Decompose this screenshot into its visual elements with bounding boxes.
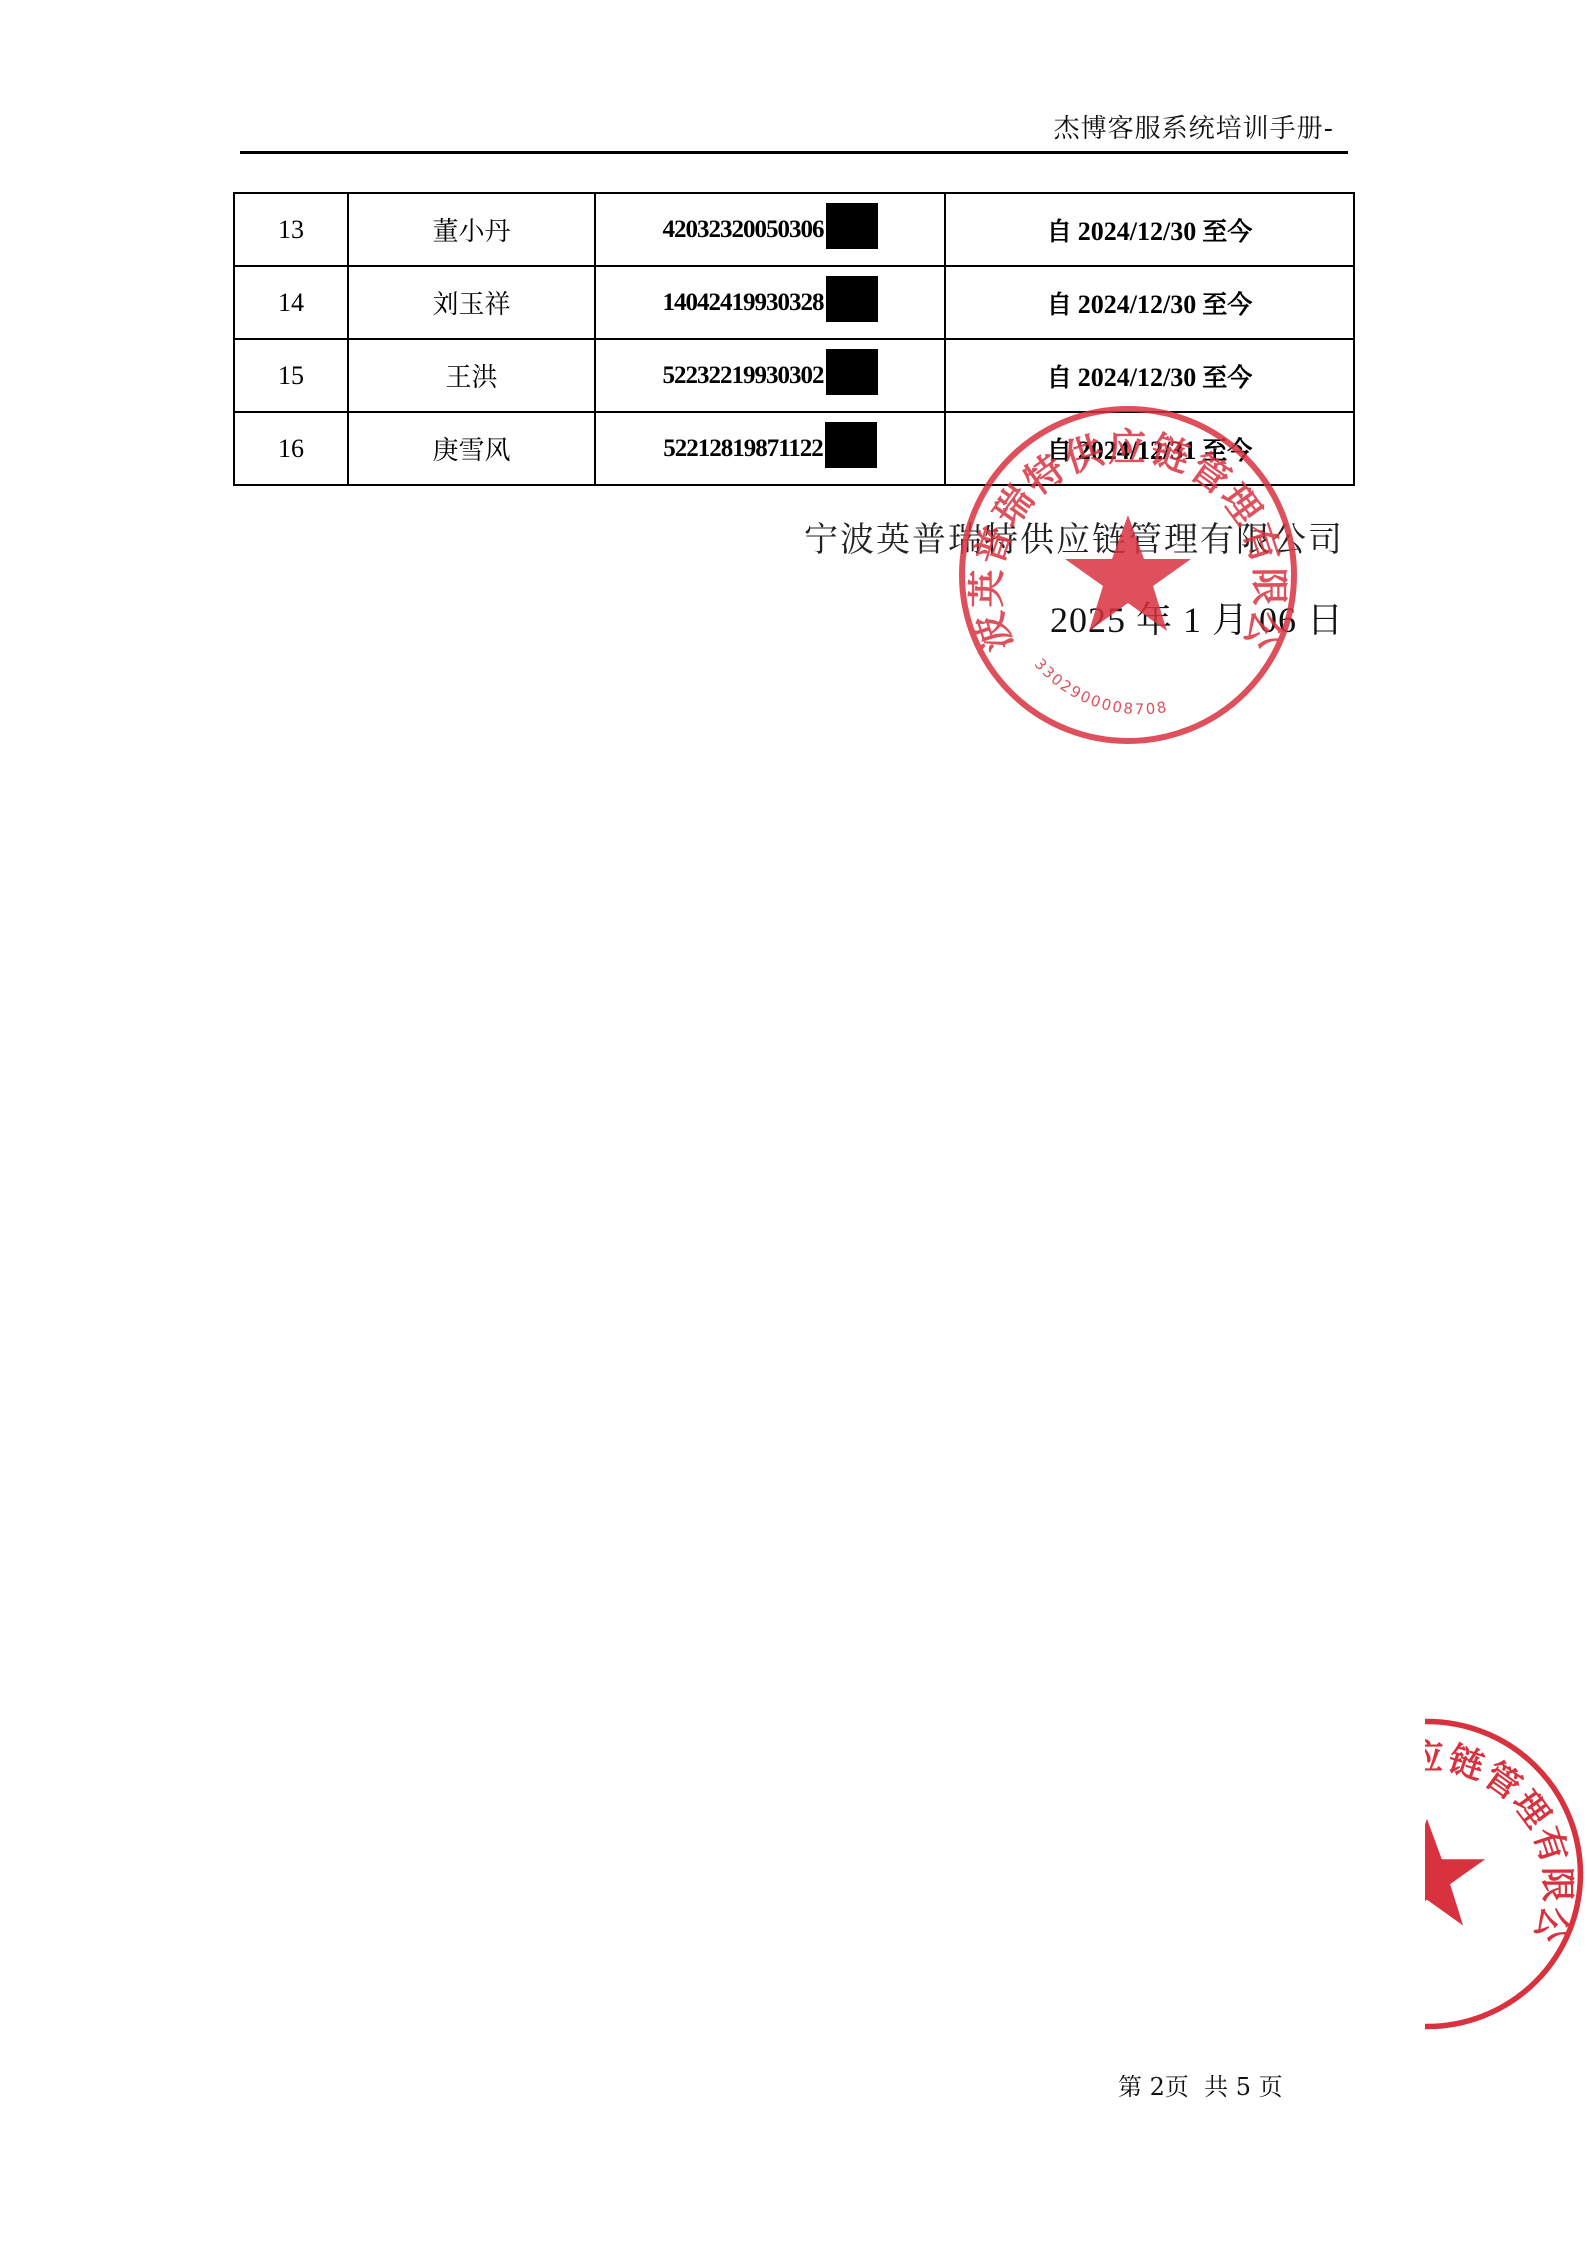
date-prefix: 自 — [1047, 217, 1072, 246]
id-number: 14042419930328 — [595, 266, 945, 339]
redaction-block — [826, 276, 878, 322]
document-header-title: 杰博客服系统培训手册- — [1054, 108, 1334, 145]
redaction-block — [826, 349, 878, 395]
employment-period: 自2024/12/30至今 — [945, 339, 1354, 412]
row-number: 16 — [234, 412, 348, 485]
date-suffix: 至今 — [1202, 217, 1252, 246]
employee-name: 庚雪风 — [348, 412, 595, 485]
employee-name: 王洪 — [348, 339, 595, 412]
partial-seal-icon: 宁波英普瑞特供应链管理有限公司 — [1425, 1716, 1586, 2032]
employment-period: 自2024/12/31至今 — [945, 412, 1354, 485]
date-prefix: 自 — [1047, 363, 1072, 392]
header-rule — [240, 151, 1348, 154]
page-number: 第 2页 共 5 页 — [1118, 2067, 1283, 2102]
id-number: 52232219930302 — [595, 339, 945, 412]
employee-name: 刘玉祥 — [348, 266, 595, 339]
date-suffix: 至今 — [1202, 363, 1252, 392]
svg-text:宁波英普瑞特供应链管理有限公司: 宁波英普瑞特供应链管理有限公司 — [1425, 1716, 1577, 1948]
date-prefix: 自 — [1047, 290, 1072, 319]
redaction-block — [825, 422, 877, 468]
svg-text:3302900008708: 3302900008708 — [1031, 655, 1170, 718]
redaction-block — [826, 203, 878, 249]
row-number: 15 — [234, 339, 348, 412]
start-date: 2024/12/30 — [1078, 217, 1196, 246]
staff-table: 13董小丹42032320050306自2024/12/30至今14刘玉祥140… — [233, 192, 1355, 486]
start-date: 2024/12/31 — [1078, 436, 1196, 465]
date-suffix: 至今 — [1202, 436, 1252, 465]
start-date: 2024/12/30 — [1078, 363, 1196, 392]
row-number: 13 — [234, 193, 348, 266]
date-suffix: 至今 — [1202, 290, 1252, 319]
employment-period: 自2024/12/30至今 — [945, 266, 1354, 339]
cross-page-seal: 宁波英普瑞特供应链管理有限公司 — [1268, 1716, 1586, 2032]
row-number: 14 — [234, 266, 348, 339]
table-row: 16庚雪风52212819871122自2024/12/31至今 — [234, 412, 1354, 485]
table-row: 14刘玉祥14042419930328自2024/12/30至今 — [234, 266, 1354, 339]
employee-name: 董小丹 — [348, 193, 595, 266]
id-number-visible: 42032320050306 — [663, 216, 824, 243]
table-row: 13董小丹42032320050306自2024/12/30至今 — [234, 193, 1354, 266]
table-row: 15王洪52232219930302自2024/12/30至今 — [234, 339, 1354, 412]
id-number-visible: 14042419930328 — [663, 289, 824, 316]
employment-period: 自2024/12/30至今 — [945, 193, 1354, 266]
id-number-visible: 52212819871122 — [663, 435, 823, 462]
id-number: 42032320050306 — [595, 193, 945, 266]
date-prefix: 自 — [1047, 436, 1072, 465]
id-number-visible: 52232219930302 — [663, 362, 824, 389]
signature-company: 宁波英普瑞特供应链管理有限公司 — [804, 512, 1344, 561]
signature-date: 2025 年 1 月 06 日 — [1050, 592, 1344, 643]
id-number: 52212819871122 — [595, 412, 945, 485]
start-date: 2024/12/30 — [1078, 290, 1196, 319]
